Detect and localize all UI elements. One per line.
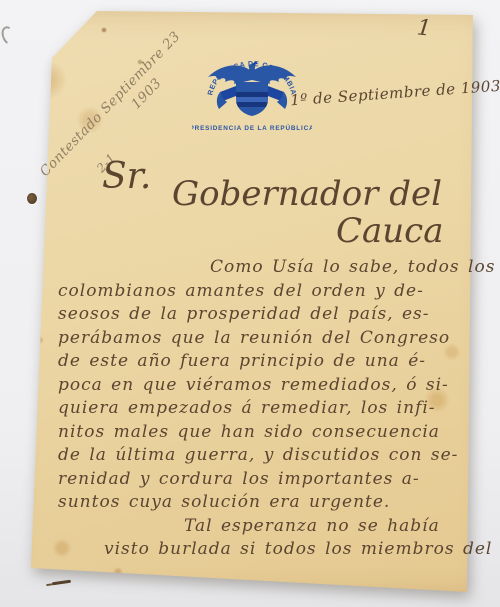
- letter-photo: 1 Contestado Septiembre 23 1903 2-1 REPÚ…: [0, 0, 500, 607]
- body-line: quiera empezados á remediar, los infi-: [58, 397, 495, 421]
- salutation-title: Gobernador del: [172, 174, 442, 214]
- body-line: poca en que viéramos remediados, ó si-: [58, 374, 495, 398]
- body-line: seosos de la prosperidad del país, es-: [58, 303, 495, 327]
- body-line: colombianos amantes del orden y de-: [58, 280, 495, 304]
- body-line: nitos males que han sido consecuencia: [58, 421, 495, 445]
- body-line: suntos cuya solución era urgente.: [58, 491, 495, 515]
- body-line: visto burlada si todos los miembros del: [104, 538, 495, 562]
- salutation-place: Cauca: [336, 211, 444, 251]
- body-line: Tal esperanza no se había: [184, 515, 495, 539]
- body-line: perábamos que la reunión del Congreso: [58, 327, 495, 351]
- punch-hole: [27, 193, 37, 204]
- body-line: de este año fuera principio de una é-: [58, 350, 495, 374]
- page-number: 1: [416, 15, 433, 41]
- letter-body: Como Usía lo sabe, todos los colombianos…: [58, 256, 495, 562]
- body-line: de la última guerra, y discutidos con se…: [58, 444, 495, 468]
- emblem-caption: PRESIDENCIA DE LA REPÚBLICA: [192, 123, 312, 132]
- condor-and-shield: [208, 61, 296, 116]
- salutation-prefix: Sr.: [102, 156, 151, 197]
- body-line: Como Usía lo sabe, todos los: [210, 256, 495, 280]
- body-line: renidad y cordura los importantes a-: [58, 468, 495, 492]
